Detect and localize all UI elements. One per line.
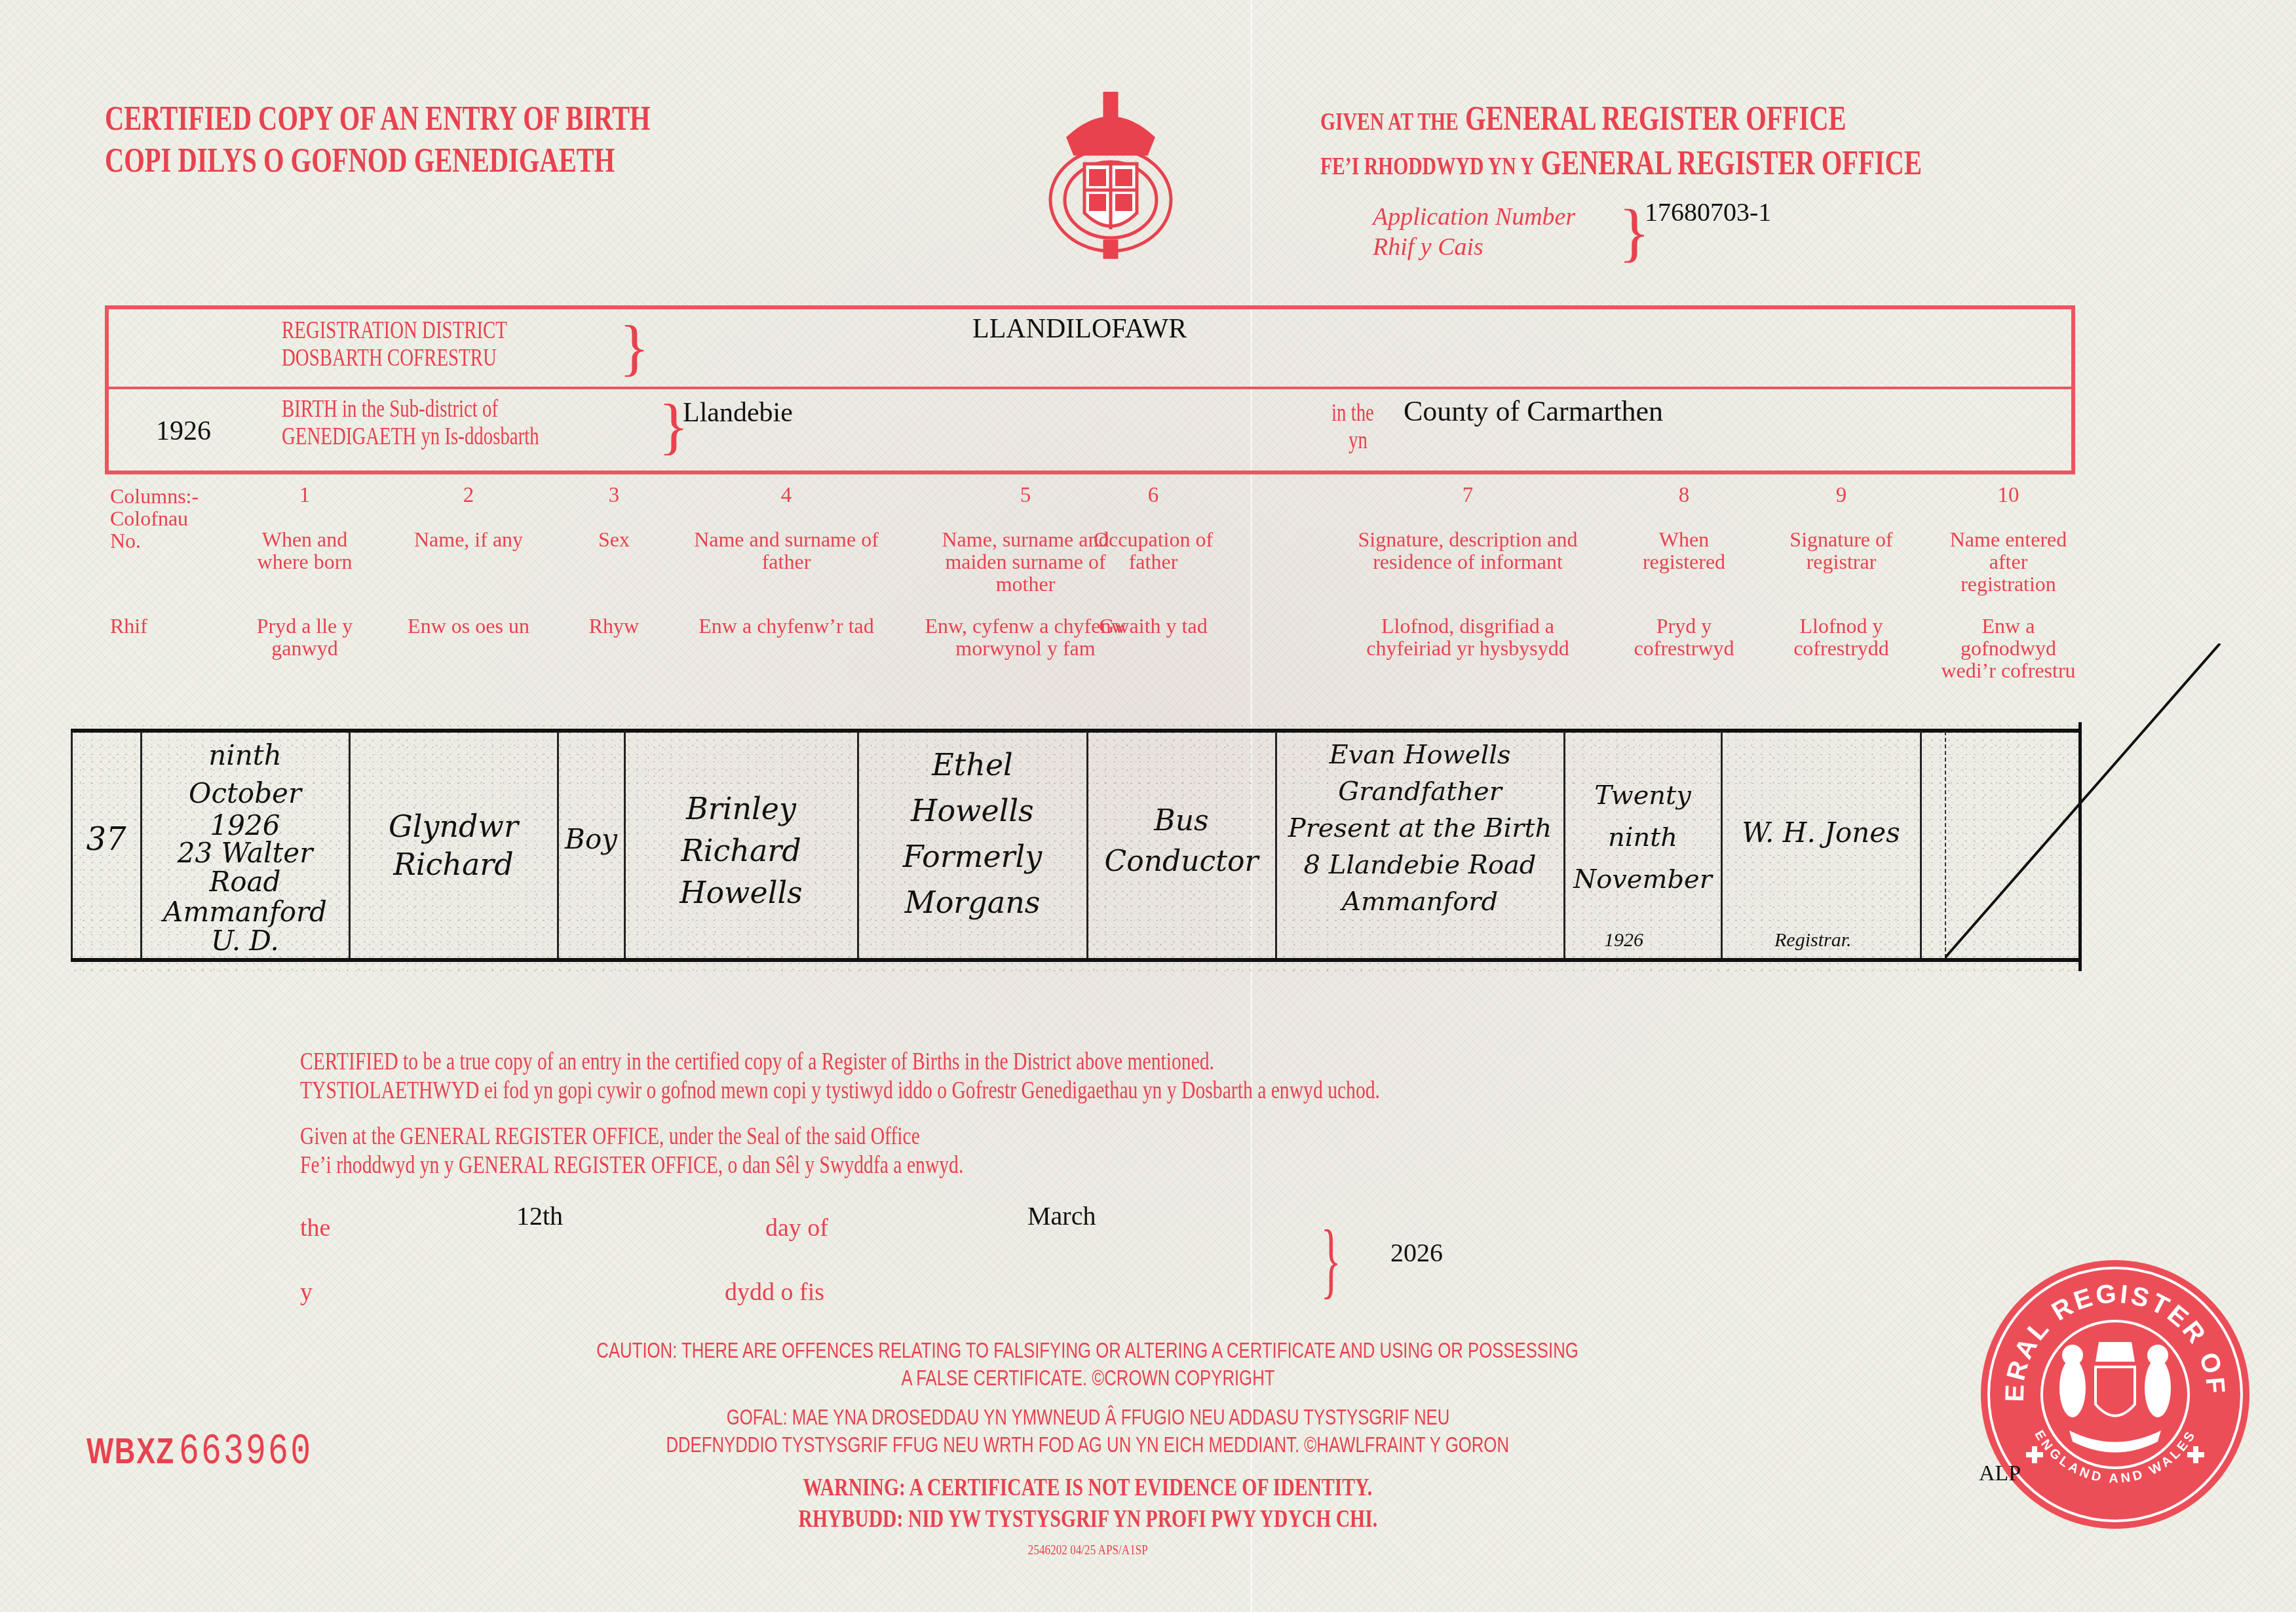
caution-en-line-1: CAUTION: THERE ARE OFFENCES RELATING TO …	[597, 1337, 1578, 1364]
column-title-en: Signature of registrar	[1779, 528, 1904, 573]
serial-number: WBXZ 663960	[86, 1427, 377, 1476]
royal-crest-icon	[1042, 92, 1179, 259]
columns-label-cy: Colofnau	[110, 507, 199, 529]
row-bottom-rule	[71, 958, 2081, 962]
given-under-seal-cy: Fe’i rhoddwyd yn y GENERAL REGISTER OFFI…	[300, 1151, 963, 1180]
mother-surname: Howells	[860, 788, 1085, 834]
date-the-en: the	[300, 1214, 330, 1242]
county-label: in the yn	[1331, 400, 1386, 455]
column-number: 1	[265, 484, 344, 508]
occupation-line-1: Bus	[1089, 801, 1274, 841]
born-town: Ammanford	[143, 896, 347, 928]
born-month: October	[143, 775, 347, 813]
registration-district-label: REGISTRATION DISTRICT DOSBARTH COFRESTRU	[282, 317, 571, 372]
column-title-cy: Llofnod y cofrestrydd	[1779, 615, 1904, 659]
brace: }	[1321, 1218, 1341, 1303]
column-title-cy: Llofnod, disgrifiad a chyfeiriad yr hysb…	[1356, 615, 1579, 659]
given-prefix-en: GIVEN AT THE	[1320, 108, 1459, 136]
column-divider	[71, 731, 73, 958]
county-label-en: in the	[1331, 400, 1374, 427]
column-title-cy: Rhyw	[575, 615, 653, 637]
certified-en: CERTIFIED to be a true copy of an entry …	[300, 1047, 1214, 1076]
columns-label-en: Columns:-	[110, 485, 199, 507]
entry-number: 37	[73, 820, 139, 858]
certified-cy: TYSTIOLAETHWYD ei fod yn gopi cywir o go…	[300, 1076, 1380, 1105]
print-reference: 2546202 04/25 APS/A1SP	[367, 1541, 1808, 1558]
strike-through-line	[1945, 643, 2259, 958]
registered-day-1: Twenty	[1566, 775, 1719, 816]
column-number: 6	[1114, 484, 1193, 508]
column-title-cy: Enw os oes un	[390, 615, 547, 637]
county-label-cy: yn	[1349, 427, 1368, 455]
caution-cy-line-1: GOFAL: MAE YNA DROSEDDAU YN YMWNEUD Â FF…	[726, 1404, 1449, 1431]
column-title-en: Sex	[575, 528, 653, 550]
caution-notice: CAUTION: THERE ARE OFFENCES RELATING TO …	[367, 1337, 1808, 1459]
father-name: Brinley Richard Howells	[626, 788, 856, 913]
child-forename: Glyndwr	[351, 807, 556, 845]
child-name: Glyndwr Richard	[351, 807, 556, 883]
registered-year: 1926	[1604, 929, 1643, 951]
application-number-label: Application Number Rhif y Cais	[1373, 202, 1575, 262]
office-name-en: GENERAL REGISTER OFFICE	[1465, 100, 1846, 138]
column-title-en: When and where born	[246, 528, 364, 573]
registered-month: November	[1566, 858, 1719, 900]
born-street: 23 Walter	[143, 839, 347, 868]
title-cy: COPI DILYS O GOFNOD GENEDIGAETH	[105, 140, 615, 182]
column-number: 3	[575, 484, 653, 508]
given-prefix-cy: FE’I RHODDWYD YN Y	[1320, 153, 1534, 180]
brace: }	[619, 316, 649, 379]
column-divider	[1275, 731, 1277, 958]
father-occupation: Bus Conductor	[1089, 801, 1274, 882]
certificate-title: CERTIFIED COPY OF AN ENTRY OF BIRTH COPI…	[105, 98, 804, 182]
column-number: 9	[1802, 484, 1881, 508]
occupation-line-2: Conductor	[1089, 841, 1274, 882]
issuer-initials: ALP	[1979, 1461, 2021, 1486]
column-divider	[1920, 731, 1922, 958]
column-divider	[140, 731, 142, 958]
date-the-cy: y	[300, 1278, 313, 1307]
application-number: 17680703-1	[1645, 197, 1771, 227]
column-title-en: Signature, description and residence of …	[1356, 528, 1579, 573]
when-where-born: ninth October 1926 23 Walter Road Ammanf…	[143, 737, 347, 954]
column-no-en: No.	[110, 529, 199, 552]
child-middle-name: Richard	[351, 845, 556, 883]
informant-town: Ammanford	[1278, 883, 1562, 920]
born-year: 1926	[143, 813, 347, 839]
mother-name: Ethel Howells Formerly Morgans	[860, 742, 1085, 925]
certification-statement: CERTIFIED to be a true copy of an entry …	[300, 1047, 1685, 1180]
father-forename: Brinley	[626, 788, 856, 830]
column-title-en: Name entered after registration	[1940, 528, 2077, 595]
identity-warning: WARNING: A CERTIFICATE IS NOT EVIDENCE O…	[367, 1472, 1808, 1535]
informant: Evan Howells Grandfather Present at the …	[1278, 737, 1562, 920]
county-value: County of Carmarthen	[1404, 394, 1663, 428]
registrar-signature: W. H. Jones	[1723, 814, 1919, 852]
warning-cy: RHYBUDD: NID YW TYSTYSGRIF YN PROFI PWY …	[798, 1503, 1377, 1535]
column-number: 7	[1428, 484, 1507, 508]
office-name-cy: GENERAL REGISTER OFFICE	[1540, 145, 1921, 182]
day-of-en: day of	[765, 1214, 828, 1242]
column-number: 5	[986, 484, 1065, 508]
warning-en: WARNING: A CERTIFICATE IS NOT EVIDENCE O…	[803, 1472, 1373, 1503]
column-divider	[349, 731, 351, 958]
column-title-en: Name and surname of father	[688, 528, 885, 573]
column-number: 10	[1969, 484, 2048, 508]
child-sex: Boy	[560, 820, 622, 858]
register-entry-row: 37 ninth October 1926 23 Walter Road Amm…	[71, 722, 2081, 971]
columns-label: Columns:- Colofnau No.	[110, 485, 199, 552]
column-title-en: Name, if any	[390, 528, 547, 550]
district-label-cy: DOSBARTH COFRESTRU	[282, 345, 497, 372]
mother-maiden-name: Morgans	[860, 879, 1085, 925]
column-title-cy: Pryd y cofrestrwyd	[1625, 615, 1743, 659]
mother-forename: Ethel	[860, 742, 1085, 788]
column-number: 4	[747, 484, 826, 508]
column-title-en: Occupation of father	[1091, 528, 1215, 573]
subdistrict-label-cy: GENEDIGAETH yn Is-ddosbarth	[282, 423, 539, 451]
serial-prefix: WBXZ	[86, 1430, 175, 1471]
subdistrict-label-en: BIRTH in the Sub-district of	[282, 396, 498, 423]
column-divider	[624, 731, 626, 958]
column-divider	[1721, 731, 1723, 958]
title-en: CERTIFIED COPY OF AN ENTRY OF BIRTH	[105, 98, 651, 140]
when-registered: Twenty ninth November	[1566, 775, 1719, 900]
issue-month: March	[1027, 1200, 1096, 1231]
informant-description: Grandfather	[1278, 773, 1562, 810]
subdistrict-label: BIRTH in the Sub-district of GENEDIGAETH…	[282, 396, 612, 451]
serial-digits: 663960	[179, 1427, 313, 1476]
row-top-rule	[71, 729, 2081, 733]
issue-year: 2026	[1390, 1237, 1443, 1268]
born-district: U. D.	[143, 928, 347, 954]
informant-qualification: Present at the Birth	[1278, 810, 1562, 847]
birth-year: 1926	[156, 415, 211, 447]
print-reference-text: 2546202 04/25 APS/A1SP	[1027, 1541, 1147, 1558]
column-divider	[1086, 731, 1088, 958]
caution-cy-line-2: DDEFNYDDIO TYSTYSGRIF FFUG NEU WRTH FOD …	[666, 1431, 1510, 1459]
mother-formerly: Formerly	[860, 834, 1085, 879]
column-title-cy: Pryd a lle y ganwyd	[246, 615, 364, 659]
father-surname: Howells	[626, 872, 856, 913]
column-number: 8	[1645, 484, 1723, 508]
born-day: ninth	[143, 737, 347, 775]
column-divider	[1563, 731, 1565, 958]
father-middle-name: Richard	[626, 830, 856, 872]
registration-district-value: LLANDILOFAWR	[972, 313, 1187, 345]
application-label-cy: Rhif y Cais	[1373, 232, 1575, 262]
day-of-cy: dydd o fis	[725, 1278, 824, 1307]
born-street-2: Road	[143, 868, 347, 896]
registrar-label: Registrar.	[1774, 929, 1852, 951]
column-divider	[857, 731, 859, 958]
issuing-office: GIVEN AT THE GENERAL REGISTER OFFICE FE’…	[1320, 98, 2092, 187]
column-no-cy: Rhif	[110, 615, 147, 637]
column-title-cy: Enw a chyfenw’r tad	[681, 615, 891, 637]
issue-day: 12th	[516, 1200, 563, 1231]
column-divider	[557, 731, 559, 958]
subdistrict-value: Llandebie	[683, 397, 793, 429]
given-under-seal-en: Given at the GENERAL REGISTER OFFICE, un…	[300, 1122, 920, 1151]
column-number: 2	[429, 484, 508, 508]
district-label-en: REGISTRATION DISTRICT	[282, 317, 507, 345]
column-title-en: When registered	[1632, 528, 1736, 573]
application-label-en: Application Number	[1373, 202, 1575, 232]
divider	[109, 387, 2071, 389]
column-title-cy: Gwaith y tad	[1091, 615, 1215, 637]
gro-seal-icon: GENERAL REGISTER OFFICE ENGLAND AND WALE…	[1978, 1257, 2253, 1532]
registered-day-2: ninth	[1566, 816, 1719, 858]
informant-address: 8 Llandebie Road	[1278, 847, 1562, 883]
caution-en-line-2: A FALSE CERTIFICATE. ©CROWN COPYRIGHT	[901, 1364, 1274, 1392]
informant-name: Evan Howells	[1278, 737, 1562, 773]
